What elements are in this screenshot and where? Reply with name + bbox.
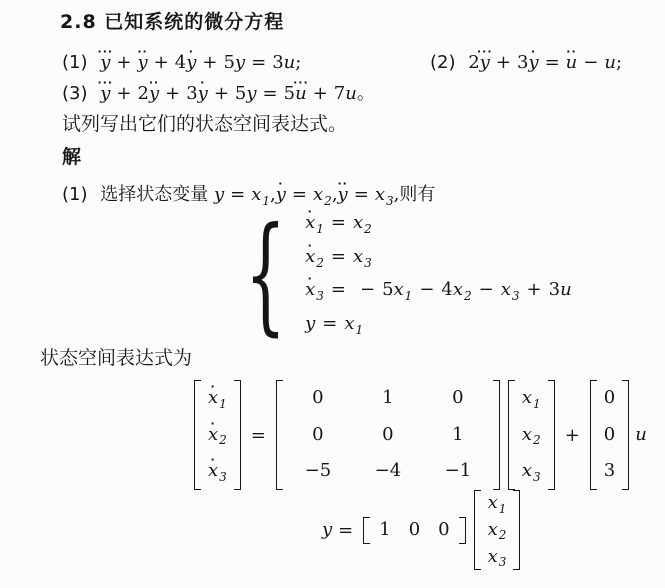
solution-step-1: (1) 选择状态变量 y=x1,·y=x2,··y=x3,则有 — [62, 175, 665, 207]
left-brace-glyph: { — [245, 210, 286, 337]
output-equation-matrix: y=100x1x2x3 — [320, 490, 665, 570]
problem-eq-3: (3) ···y+2··y+3·y+5y=5···u+7u。 — [62, 74, 665, 106]
problem-equations-row: (1) ···y+··y+4·y+5y=3u; (2) 2···y+3·y=··… — [62, 43, 665, 75]
state-space-label: 状态空间表达式为 — [40, 346, 665, 372]
problem-prompt: 试列写出它们的状态空间表达式。 — [62, 112, 665, 138]
textbook-page: 2.8 已知系统的微分方程 (1) ···y+··y+4·y+5y=3u; (2… — [0, 0, 665, 588]
system-equations: ·x1=x2 ·x2=x3 ·x3=−5x1−4x2−x3+3u y=x1 — [305, 206, 572, 340]
system-eq-3: ·x3=−5x1−4x2−x3+3u — [305, 273, 572, 307]
system-eq-4: y=x1 — [305, 307, 572, 341]
solution-label: 解 — [62, 145, 665, 171]
system-eq-2: ·x2=x3 — [305, 240, 572, 274]
problem-eq-2: (2) 2···y+3·y=··u−u; — [430, 43, 622, 75]
problem-eq-1: (1) ···y+··y+4·y+5y=3u; — [62, 43, 430, 75]
state-equation-matrix: ·x1·x2·x3=010001−5−4−1x1x2x3+003u — [190, 380, 665, 490]
section-heading: 2.8 已知系统的微分方程 — [60, 10, 665, 35]
system-eq-1: ·x1=x2 — [305, 206, 572, 240]
state-equations-system: { ·x1=x2 ·x2=x3 ·x3=−5x1−4x2−x3+3u y=x1 — [228, 206, 665, 340]
